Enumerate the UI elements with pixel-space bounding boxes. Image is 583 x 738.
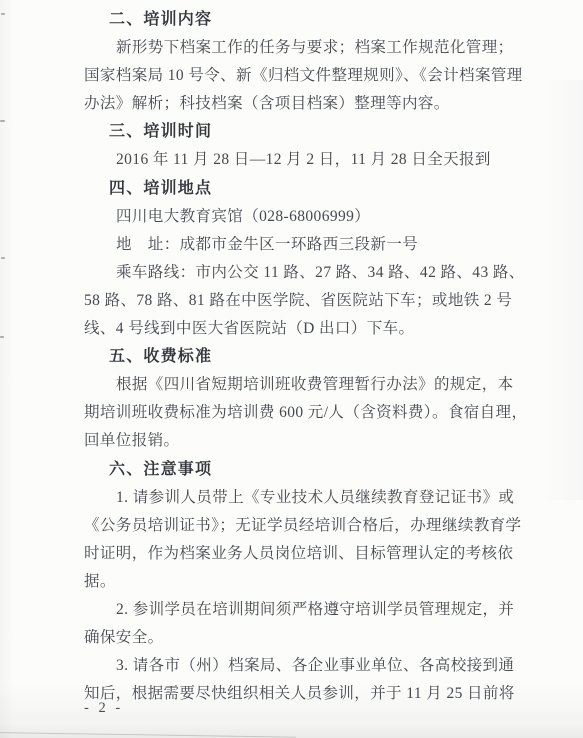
heading-training-content: 二、培训内容 — [84, 6, 536, 34]
text-line: 2. 参训学员在培训期间须严格遵守培训学员管理规定，并 — [84, 596, 536, 624]
text-line: 回单位报销。 — [84, 427, 536, 455]
text-line: 1. 请参训人员带上《专业技术人员继续教育登记证书》或 — [84, 484, 536, 512]
scan-smudge-right — [543, 80, 583, 500]
document-body: 二、培训内容 新形势下档案工作的任务与要求；档案工作规范化管理； 国家档案局 1… — [84, 6, 536, 708]
heading-training-time: 三、培训时间 — [84, 118, 536, 146]
scan-speck — [1, 13, 5, 15]
text-line: 期培训班收费标准为培训费 600 元/人（含资料费）。食宿自理， — [84, 399, 536, 427]
text-line: 新形势下档案工作的任务与要求；档案工作规范化管理； — [84, 34, 536, 62]
scan-smudge-left — [0, 0, 14, 738]
text-line: 办法》解析；科技档案（含项目档案）整理等内容。 — [84, 90, 536, 118]
heading-training-location: 四、培训地点 — [84, 175, 536, 203]
text-line: 确保安全。 — [84, 624, 536, 652]
text-line: 2016 年 11 月 28 日—12 月 2 日，11 月 28 日全天报到 — [84, 146, 536, 174]
page-number: - 2 - — [84, 700, 123, 717]
text-line: 《公务员培训证书》；无证学员经培训合格后，办理继续教育学 — [84, 512, 536, 540]
text-line: 58 路、78 路、81 路在中医学院、省医院站下车；或地铁 2 号 — [84, 287, 536, 315]
text-line: 国家档案局 10 号令、新《归档文件整理规则》、《会计档案管理 — [84, 62, 536, 90]
text-line: 3. 请各市（州）档案局、各企业事业单位、各高校接到通 — [84, 652, 536, 680]
text-line: 地 址：成都市金牛区一环路西三段新一号 — [84, 231, 536, 259]
scan-edge-line — [0, 732, 296, 738]
text-line: 线、4 号线到中医大省医院站（D 出口）下车。 — [84, 315, 536, 343]
scanned-document-page: 二、培训内容 新形势下档案工作的任务与要求；档案工作规范化管理； 国家档案局 1… — [0, 0, 583, 738]
text-line: 时证明，作为档案业务人员岗位培训、目标管理认定的考核依 — [84, 540, 536, 568]
text-line: 据。 — [84, 568, 536, 596]
text-line: 知后，根据需要尽快组织相关人员参训，并于 11 月 25 日前将 — [84, 680, 536, 708]
text-line: 四川电大教育宾馆（028-68006999） — [84, 203, 536, 231]
scan-speck — [0, 120, 5, 122]
text-line: 根据《四川省短期培训班收费管理暂行办法》的规定，本 — [84, 371, 536, 399]
heading-notes: 六、注意事项 — [84, 456, 536, 484]
scan-speck — [1, 257, 5, 259]
heading-fee-standard: 五、收费标准 — [84, 343, 536, 371]
text-line: 乘车路线：市内公交 11 路、27 路、34 路、42 路、43 路、 — [84, 259, 536, 287]
scan-speck — [0, 336, 4, 338]
